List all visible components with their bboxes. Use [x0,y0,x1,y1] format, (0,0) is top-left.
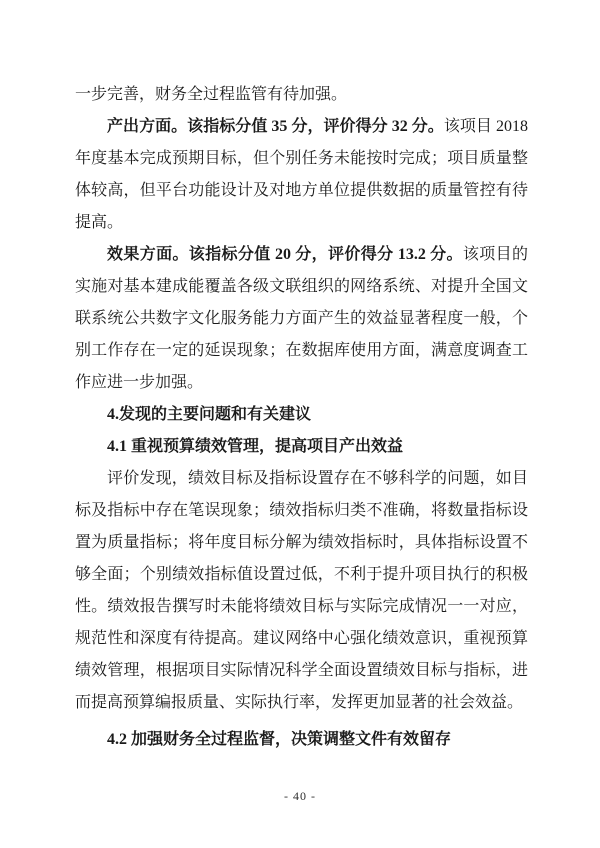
paragraph-output-aspect: 产出方面。该指标分值 35 分，评价得分 32 分。该项目 2018 年度基本完… [75,111,528,239]
section-heading-4-1: 4.1 重视预算绩效管理，提高项目产出效益 [75,431,528,463]
paragraph-output-lead: 产出方面。该指标分值 35 分，评价得分 32 分。 [107,118,444,135]
paragraph-continuation: 一步完善，财务全过程监管有待加强。 [75,79,528,111]
paragraph-effect-lead: 效果方面。该指标分值 20 分，评价得分 13.2 分。 [107,246,463,263]
section-heading-4: 4.发现的主要问题和有关建议 [75,399,528,431]
paragraph-effect-aspect: 效果方面。该指标分值 20 分，评价得分 13.2 分。该项目的实施对基本建成能… [75,239,528,399]
paragraph-findings: 评价发现，绩效目标及指标设置存在不够科学的问题，如目标及指标中存在笔误现象；绩效… [75,463,528,719]
paragraph-effect-rest: 该项目的实施对基本建成能覆盖各级文联组织的网络系统、对提升全国文联系统公共数字文… [75,246,528,391]
page-number: - 40 - [0,789,600,803]
section-heading-4-2: 4.2 加强财务全过程监督，决策调整文件有效留存 [75,724,528,756]
document-page: 一步完善，财务全过程监管有待加强。 产出方面。该指标分值 35 分，评价得分 3… [0,0,600,848]
page-body: 一步完善，财务全过程监管有待加强。 产出方面。该指标分值 35 分，评价得分 3… [75,79,528,756]
